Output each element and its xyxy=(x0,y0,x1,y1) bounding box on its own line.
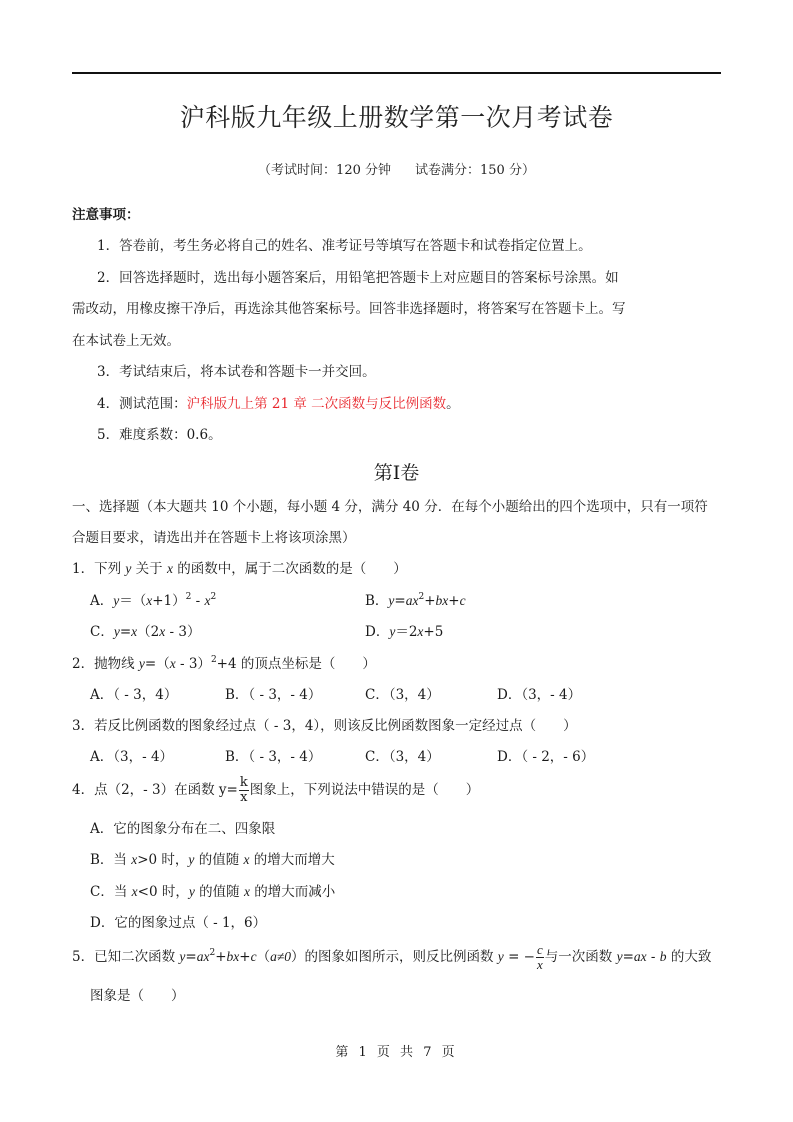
full-score: 试卷满分：150 分） xyxy=(415,163,535,178)
text: 的值随 xyxy=(195,884,244,900)
section-intro-line1: 一、选择题（本大题共 10 个小题，每小题 4 分，满分 40 分．在每个小题给… xyxy=(72,498,708,516)
question-num: 5． xyxy=(72,949,94,965)
question-5-stem: 5．已知二次函数 y=ax2+bx+c（a≠0）的图象如图所示，则反比例函数 y… xyxy=(72,942,711,972)
notice-item-2-line3: 在本试卷上无效。 xyxy=(72,332,180,350)
question-3-option-c[interactable]: C．（3，4） xyxy=(365,748,440,766)
text: = − xyxy=(504,949,535,965)
question-4-option-d[interactable]: D．它的图象过点（ - 1，6） xyxy=(90,914,266,932)
numerator: c xyxy=(536,943,544,958)
var: a≠0 xyxy=(270,949,291,964)
notice-item-3: 3．考试结束后，将本试卷和答题卡一并交回。 xyxy=(97,363,376,381)
fraction-c-over-x: cx xyxy=(536,943,544,972)
denominator: x xyxy=(239,791,249,805)
option-label: A． xyxy=(90,593,113,609)
header-rule xyxy=(72,72,721,74)
text: = xyxy=(394,593,405,609)
text: - xyxy=(647,949,660,965)
text: =（ xyxy=(145,656,170,672)
text: ）的图象如图所示，则反比例函数 xyxy=(291,949,498,965)
option-label: A． xyxy=(90,821,113,837)
text: 已知二次函数 xyxy=(94,949,179,965)
text: <0 时， xyxy=(138,884,189,900)
question-1-option-b[interactable]: B．y=ax2+bx+c xyxy=(365,592,466,610)
option-label: C． xyxy=(90,884,114,900)
notice-num: 5． xyxy=(97,427,119,443)
option-label: B． xyxy=(90,852,113,868)
option-label: C． xyxy=(90,624,114,640)
option-label: B． xyxy=(365,593,388,609)
text: + xyxy=(448,593,459,609)
page-number: 第 1 页 共 7 页 xyxy=(0,1041,793,1060)
text: >0 时， xyxy=(137,852,188,868)
question-5-stem-line2: 图象是（ ） xyxy=(90,987,185,1005)
var: ax xyxy=(197,949,210,964)
question-1-option-c[interactable]: C．y=x（2x - 3） xyxy=(90,623,200,641)
var: bx xyxy=(227,949,240,964)
var: b xyxy=(660,949,667,964)
notice-num: 4． xyxy=(97,396,119,412)
question-1-option-d[interactable]: D．y＝2x+5 xyxy=(365,623,443,641)
section-title: 第Ⅰ卷 xyxy=(0,458,793,485)
text: 它的图象过点（ - 1，6） xyxy=(114,915,266,931)
text: - 3） xyxy=(165,624,200,640)
text: = xyxy=(185,949,196,965)
notice-text: 难度系数：0.6。 xyxy=(119,427,221,443)
text: - 3） xyxy=(176,656,211,672)
text: +5 xyxy=(423,624,443,640)
exam-info: （考试时间：120 分钟试卷满分：150 分） xyxy=(0,159,793,178)
text: 与一次函数 xyxy=(545,949,617,965)
text: + xyxy=(424,593,435,609)
question-1-option-a[interactable]: A．y＝（x+1）2 - x2 xyxy=(90,592,216,610)
question-4-option-b[interactable]: B．当 x>0 时，y 的值随 x 的增大而增大 xyxy=(90,851,335,869)
var: bx xyxy=(436,593,449,608)
question-3-stem: 3．若反比例函数的图象经过点（ - 3，4），则该反比例函数图象一定经过点（ ） xyxy=(72,717,577,735)
test-scope-highlight: 沪科版九上第 21 章 二次函数与反比例函数 xyxy=(187,396,447,412)
numerator: k xyxy=(239,776,249,791)
question-2-option-d[interactable]: D．（3，- 4） xyxy=(497,686,581,704)
option-label: D． xyxy=(365,624,389,640)
text: 的值随 xyxy=(194,852,243,868)
question-num: 1． xyxy=(72,561,94,577)
question-4-option-c[interactable]: C．当 x<0 时，y 的值随 x 的增大而减小 xyxy=(90,883,335,901)
notice-item-2-line2: 需改动，用橡皮擦干净后，再选涂其他答案标号。回答非选择题时，将答案写在答题卡上。… xyxy=(72,300,626,318)
text: 的增大而减小 xyxy=(250,884,335,900)
notice-label: 测试范围： xyxy=(119,396,187,412)
text: 下列 xyxy=(94,561,125,577)
text: = xyxy=(623,949,634,965)
text: = xyxy=(120,624,131,640)
notice-item-5: 5．难度系数：0.6。 xyxy=(97,426,222,444)
text: 关于 xyxy=(131,561,167,577)
var: ax xyxy=(406,593,419,608)
text: 点（2，- 3）在函数 y= xyxy=(94,782,238,798)
question-num: 2． xyxy=(72,656,94,672)
question-num: 3． xyxy=(72,718,94,734)
text: （2 xyxy=(137,624,159,640)
question-2-option-a[interactable]: A．（ - 3，4） xyxy=(90,686,177,704)
text: 图象上，下列说法中错误的是（ ） xyxy=(250,782,480,798)
question-1-stem: 1．下列 y 关于 x 的函数中，属于二次函数的是（ ） xyxy=(72,560,407,578)
notice-num: 2． xyxy=(97,270,119,286)
var: ax xyxy=(634,949,647,964)
text: +4 的顶点坐标是（ ） xyxy=(217,656,376,672)
text: （ xyxy=(257,949,271,965)
notice-text: 考试结束后，将本试卷和答题卡一并交回。 xyxy=(119,364,376,380)
exam-title: 沪科版九年级上册数学第一次月考试卷 xyxy=(0,98,793,134)
text: 当 xyxy=(114,884,132,900)
text: 它的图象分布在二、四象限 xyxy=(113,821,275,837)
text: + xyxy=(215,949,226,965)
notice-text: 回答选择题时，选出每小题答案后，用铅笔把答题卡上对应题目的答案标号涂黑。如 xyxy=(119,270,619,286)
text: 的增大而增大 xyxy=(250,852,335,868)
text: 当 xyxy=(113,852,131,868)
question-num: 4． xyxy=(72,782,94,798)
question-3-option-a[interactable]: A．（3，- 4） xyxy=(90,748,173,766)
text: - xyxy=(191,593,204,609)
exponent: 2 xyxy=(211,592,217,602)
text: 的大致 xyxy=(667,949,712,965)
question-3-option-d[interactable]: D．（ - 2，- 6） xyxy=(497,748,594,766)
punctuation: 。 xyxy=(446,396,460,412)
question-2-option-b[interactable]: B．（ - 3，- 4） xyxy=(225,686,321,704)
text: ＝（ xyxy=(119,593,146,609)
fraction-k-over-x: kx xyxy=(239,776,249,805)
notice-heading: 注意事项： xyxy=(72,206,140,224)
text: +1） xyxy=(152,593,185,609)
notice-item-2: 2．回答选择题时，选出每小题答案后，用铅笔把答题卡上对应题目的答案标号涂黑。如 xyxy=(97,269,619,287)
text: 抛物线 xyxy=(94,656,139,672)
question-3-option-b[interactable]: B．（ - 3，- 4） xyxy=(225,748,321,766)
text: 若反比例函数的图象经过点（ - 3，4），则该反比例函数图象一定经过点（ ） xyxy=(94,718,577,734)
text: ＝2 xyxy=(395,624,417,640)
question-4-stem: 4．点（2，- 3）在函数 y=kx图象上，下列说法中错误的是（ ） xyxy=(72,776,479,805)
notice-num: 1． xyxy=(97,238,119,254)
exam-time: （考试时间：120 分钟 xyxy=(258,163,391,178)
question-2-option-c[interactable]: C．（3，4） xyxy=(365,686,440,704)
section-intro-line2: 合题目要求，请选出并在答题卡上将该项涂黑） xyxy=(72,529,356,547)
notice-item-4: 4．测试范围：沪科版九上第 21 章 二次函数与反比例函数。 xyxy=(97,395,460,413)
notice-item-1: 1．答卷前，考生务必将自己的姓名、准考证号等填写在答题卡和试卷指定位置上。 xyxy=(97,237,592,255)
var: c xyxy=(460,593,466,608)
text: 的函数中，属于二次函数的是（ ） xyxy=(173,561,407,577)
option-label: D． xyxy=(90,915,114,931)
notice-num: 3． xyxy=(97,364,119,380)
question-4-option-a[interactable]: A．它的图象分布在二、四象限 xyxy=(90,820,275,838)
question-2-stem: 2．抛物线 y=（x - 3）2+4 的顶点坐标是（ ） xyxy=(72,655,376,673)
denominator: x xyxy=(536,958,544,972)
notice-text: 答卷前，考生务必将自己的姓名、准考证号等填写在答题卡和试卷指定位置上。 xyxy=(119,238,592,254)
text: + xyxy=(239,949,250,965)
